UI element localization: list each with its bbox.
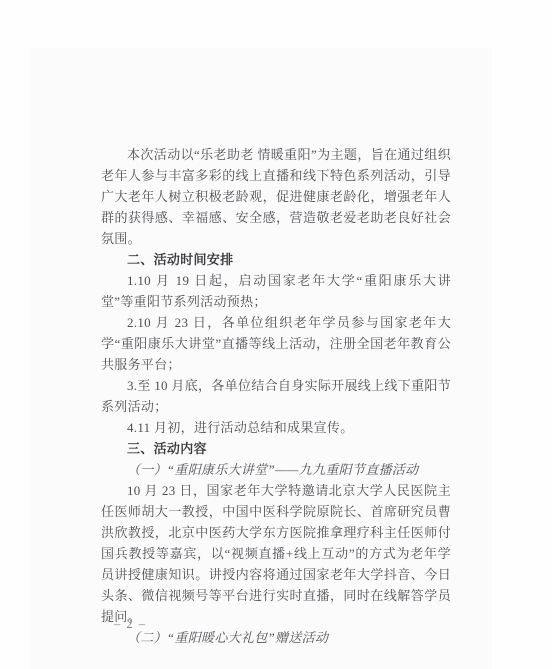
schedule-item-3: 3.至 10 月底，各单位结合自身实际开展线上线下重阳节系列活动；	[101, 375, 451, 417]
document-content: 本次活动以“乐老助老 情暖重阳”为主题，旨在通过组织老年人参与丰富多彩的线上直播…	[101, 144, 451, 648]
schedule-item-2: 2.10 月 23 日，各单位组织老年学员参与国家老年大学“重阳康乐大讲堂”直播…	[101, 312, 451, 375]
paragraph-livestream: 10 月 23 日，国家老年大学特邀请北京大学人民医院主任医师胡大一教授，中国中…	[101, 480, 451, 627]
schedule-item-4: 4.11 月初，进行活动总结和成果宣传。	[101, 417, 451, 438]
page-number: – 2 –	[114, 617, 147, 632]
subsection-heading-1: （一）“重阳康乐大讲堂”——九九重阳节直播活动	[101, 459, 451, 480]
section-heading-content: 三、活动内容	[101, 438, 451, 459]
subsection-heading-2: （二）“重阳暖心大礼包”赠送活动	[101, 627, 451, 648]
paragraph-intro: 本次活动以“乐老助老 情暖重阳”为主题，旨在通过组织老年人参与丰富多彩的线上直播…	[101, 144, 451, 249]
section-heading-schedule: 二、活动时间安排	[101, 249, 451, 270]
schedule-item-1: 1.10 月 19 日起，启动国家老年大学“重阳康乐大讲堂”等重阳节系列活动预热…	[101, 270, 451, 312]
document-page: 本次活动以“乐老助老 情暖重阳”为主题，旨在通过组织老年人参与丰富多彩的线上直播…	[0, 0, 552, 669]
